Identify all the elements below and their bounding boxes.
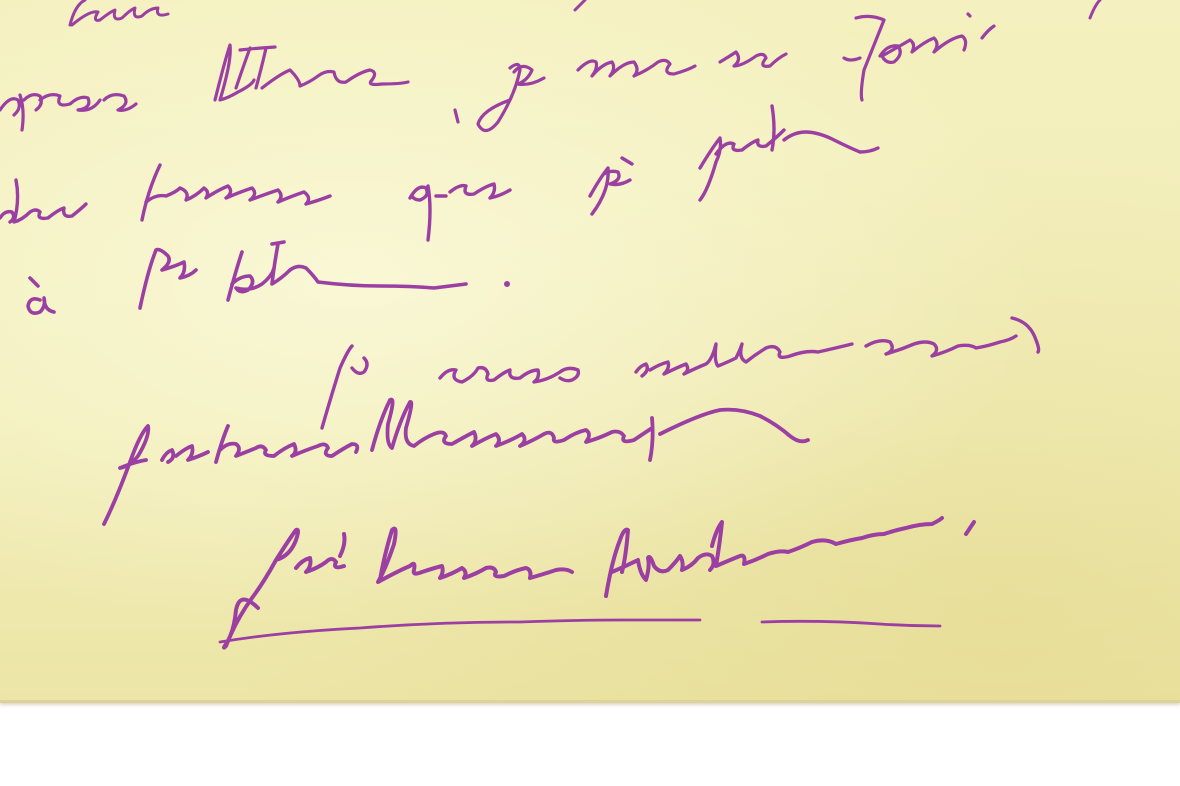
handwriting-line-bien: [70, 0, 1100, 25]
handwriting-line-5: [322, 318, 1039, 428]
letter-paper: bien votre lettre, je me réjouis du trou…: [0, 0, 1180, 703]
handwriting-line-6: [104, 400, 808, 525]
handwriting-line-2: [0, 14, 994, 131]
handwriting-line-3: [0, 106, 878, 240]
handwriting-ink: [0, 0, 1180, 703]
handwriting-line-4: [28, 242, 510, 313]
signature-ink: [220, 518, 974, 648]
